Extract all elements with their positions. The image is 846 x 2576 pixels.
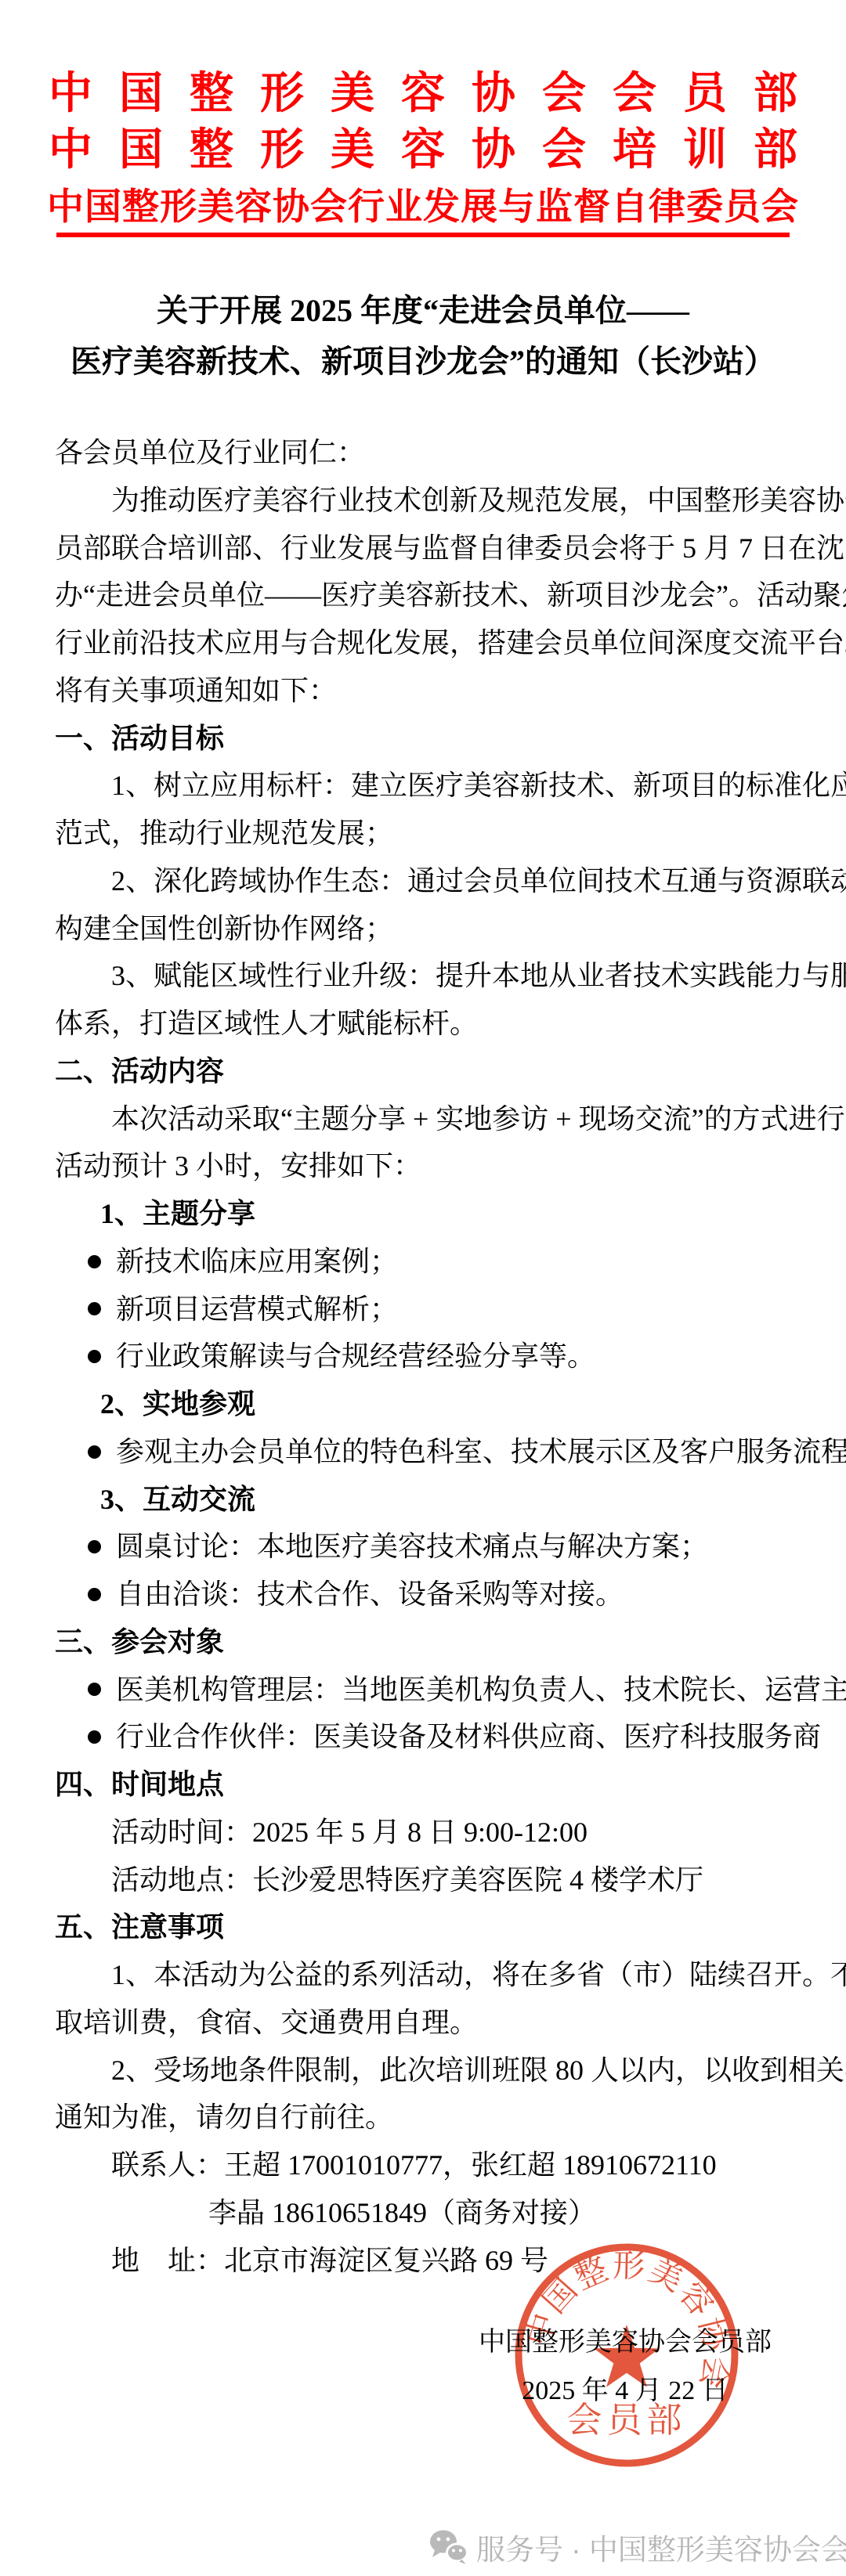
- body-line: 活动预计 3 小时，安排如下：: [55, 1142, 795, 1190]
- bullet-item: 参观主办会员单位的特色科室、技术展示区及客户服务流程。: [55, 1428, 795, 1476]
- org-line-3: 中国整形美容协会行业发展与监督自律委员会: [0, 179, 846, 236]
- bullet-text: 自由洽谈：技术合作、设备采购等对接。: [116, 1571, 624, 1618]
- org-line-1: 中国整形美容协会会员部: [0, 66, 846, 122]
- bullet-icon: [88, 1255, 101, 1268]
- bullet-icon: [88, 1683, 101, 1696]
- org-line-2: 中国整形美容协会培训部: [0, 122, 846, 179]
- body-line: 取培训费，食宿、交通费用自理。: [55, 1999, 795, 2047]
- bullet-text: 新技术临床应用案例；: [116, 1238, 398, 1286]
- body-line: 2、受场地条件限制，此次培训班限 80 人以内，以收到相关参会: [55, 2047, 795, 2094]
- bullet-item: 新技术临床应用案例；: [55, 1238, 795, 1286]
- body-line: 行业前沿技术应用与合规化发展，搭建会员单位间深度交流平台。现: [55, 619, 795, 667]
- letterhead-divider: [56, 233, 790, 237]
- body-line: 活动时间：2025 年 5 月 8 日 9:00-12:00: [55, 1809, 795, 1856]
- bullet-icon: [88, 1730, 101, 1744]
- notice-title: 关于开展 2025 年度“走进会员单位—— 医疗美容新技术、新项目沙龙会”的通知…: [0, 285, 846, 387]
- section-heading: 五、注意事项: [55, 1903, 795, 1951]
- bullet-text: 行业合作伙伴：医美设备及材料供应商、医疗科技服务商: [116, 1713, 821, 1761]
- bullet-item: 圆桌讨论：本地医疗美容技术痛点与解决方案；: [55, 1523, 795, 1571]
- body-line: 各会员单位及行业同仁：: [55, 429, 795, 477]
- body-line: 将有关事项通知如下：: [55, 667, 795, 715]
- body-line: 体系，打造区域性人才赋能标杆。: [55, 1000, 795, 1048]
- body-line: 范式，推动行业规范发展；: [55, 810, 795, 857]
- section-heading: 二、活动内容: [55, 1048, 795, 1095]
- notice-title-line-1: 关于开展 2025 年度“走进会员单位——: [0, 285, 846, 336]
- bullet-icon: [88, 1445, 101, 1459]
- notice-title-line-2: 医疗美容新技术、新项目沙龙会”的通知（长沙站）: [0, 336, 846, 387]
- body-line: 1、树立应用标杆：建立医疗美容新技术、新项目的标准化应用: [55, 762, 795, 810]
- body-line: 通知为准，请勿自行前往。: [55, 2094, 795, 2141]
- section-heading: 三、参会对象: [55, 1618, 795, 1666]
- sub-heading: 3、互动交流: [55, 1476, 795, 1524]
- official-stamp: 中国整形美容协会 会员部: [509, 2238, 744, 2473]
- stamp-bottom-text: 会员部: [566, 2401, 686, 2440]
- body-line: 为推动医疗美容行业技术创新及规范发展，中国整形美容协会会: [55, 477, 795, 525]
- section-heading: 四、时间地点: [55, 1761, 795, 1809]
- sub-heading: 1、主题分享: [55, 1190, 795, 1238]
- bullet-item: 新项目运营模式解析；: [55, 1286, 795, 1333]
- body-line: 办“走进会员单位——医疗美容新技术、新项目沙龙会”。活动聚焦: [55, 572, 795, 619]
- bullet-item: 行业政策解读与合规经营经验分享等。: [55, 1333, 795, 1380]
- letterhead: 中国整形美容协会会员部 中国整形美容协会培训部 中国整形美容协会行业发展与监督自…: [0, 66, 846, 236]
- bullet-text: 新项目运营模式解析；: [116, 1286, 398, 1333]
- body-line: 联系人：王超 17001010777，张红超 18910672110: [55, 2141, 795, 2189]
- section-heading: 一、活动目标: [55, 715, 795, 763]
- bullet-item: 行业合作伙伴：医美设备及材料供应商、医疗科技服务商: [55, 1713, 795, 1761]
- footer-label: 服务号 · 中国整形美容协会会员部: [476, 2526, 846, 2568]
- bullet-text: 行业政策解读与合规经营经验分享等。: [116, 1333, 595, 1380]
- body-line: 2、深化跨域协作生态：通过会员单位间技术互通与资源联动，: [55, 857, 795, 905]
- bullet-icon: [88, 1350, 101, 1363]
- bullet-icon: [88, 1588, 101, 1601]
- body-line: 员部联合培训部、行业发展与监督自律委员会将于 5 月 7 日在沈阳举: [55, 525, 795, 572]
- sub-heading: 2、实地参观: [55, 1380, 795, 1428]
- bullet-icon: [88, 1302, 101, 1315]
- body-line: 1、本活动为公益的系列活动，将在多省（市）陆续召开。不收: [55, 1951, 795, 1999]
- body-line: 本次活动采取“主题分享 + 实地参访 + 现场交流”的方式进行，: [55, 1095, 795, 1143]
- bullet-item: 自由洽谈：技术合作、设备采购等对接。: [55, 1571, 795, 1618]
- body-line: 构建全国性创新协作网络；: [55, 905, 795, 953]
- body-line: 李晶 18610651849（商务对接）: [55, 2189, 795, 2237]
- bullet-text: 参观主办会员单位的特色科室、技术展示区及客户服务流程。: [116, 1428, 846, 1476]
- notice-body: 各会员单位及行业同仁：为推动医疗美容行业技术创新及规范发展，中国整形美容协会会员…: [55, 429, 795, 2284]
- body-line: 3、赋能区域性行业升级：提升本地从业者技术实践能力与服务: [55, 952, 795, 1000]
- notice-document: 中国整形美容协会会员部 中国整形美容协会培训部 中国整形美容协会行业发展与监督自…: [0, 0, 846, 2576]
- bullet-item: 医美机构管理层：当地医美机构负责人、技术院长、运营主管: [55, 1666, 795, 1714]
- bullet-text: 医美机构管理层：当地医美机构负责人、技术院长、运营主管: [116, 1666, 846, 1714]
- bullet-icon: [88, 1540, 101, 1553]
- wechat-icon: [429, 2529, 468, 2565]
- bullet-text: 圆桌讨论：本地医疗美容技术痛点与解决方案；: [116, 1523, 708, 1571]
- body-line: 活动地点：长沙爱思特医疗美容医院 4 楼学术厅: [55, 1856, 795, 1904]
- footer: 服务号 · 中国整形美容协会会员部: [429, 2526, 846, 2568]
- star-icon: [594, 2325, 660, 2387]
